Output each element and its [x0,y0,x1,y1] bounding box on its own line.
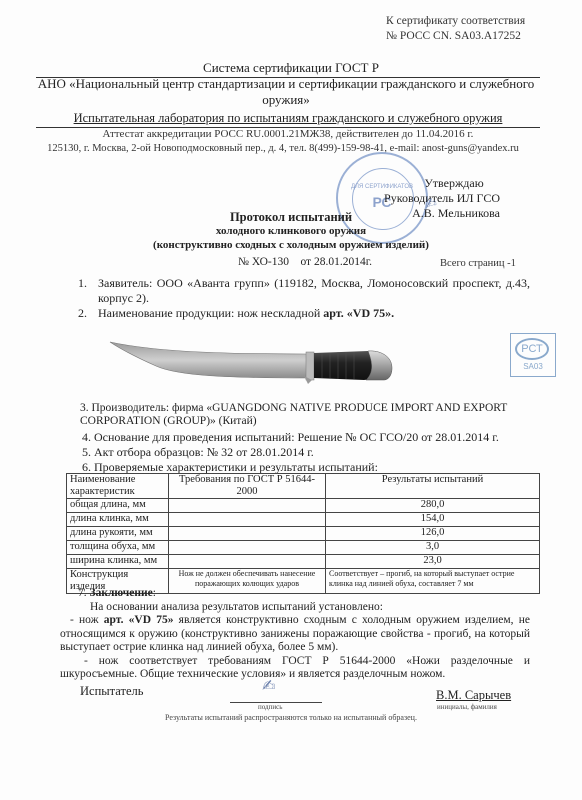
result-value: 126,0 [326,527,540,541]
certificate-reference-line1: К сертификату соответствия [386,14,525,29]
certificate-reference: К сертификату соответствия № РОСС CN. SA… [386,14,525,44]
protocol-subtitle-note: (конструктивно сходных с холодным оружие… [0,238,582,252]
result-value: 3,0 [326,541,540,555]
tester-name: В.М. Сарычев [436,688,511,703]
requirement-value [169,513,326,527]
conclusion-intro: На основании анализа результатов испытан… [60,601,530,615]
result-value: 23,0 [326,555,540,569]
requirement-value [169,527,326,541]
sampling-act: 5. Акт отбора образцов: № 32 от 28.01.20… [82,445,499,460]
characteristic-name: длина рукояти, мм [67,527,169,541]
applicant-text: Заявитель: ООО «Аванта групп» (119182, М… [92,276,530,306]
knife-photo [108,336,398,392]
item-applicant: 1. Заявитель: ООО «Аванта групп» (119182… [78,276,530,306]
characteristic-name: ширина клинка, мм [67,555,169,569]
accreditation-attestat: Аттестат аккредитации РОСС RU.0001.21МЖ3… [38,128,538,140]
table-row: ширина клинка, мм 23,0 [67,555,540,569]
conclusion-heading: 7. Заключение: [60,587,530,601]
conclusion-number: 7. [78,587,90,599]
rst-logo-icon: РСТ [515,338,549,360]
approver-position: Руководитель ИЛ ГСО [378,191,500,206]
table-header-row: Наименование характеристик Требования по… [67,474,540,499]
total-pages: Всего страниц -1 [440,258,516,269]
requirement-value [169,555,326,569]
conclusion-point-1: - нож арт. «VD 75» является конструктивн… [60,614,530,655]
tester-name-label: инициалы, фамилия [437,703,497,711]
product-name-label: Наименование продукции: нож нескладной [98,306,323,320]
tester-signature-icon: ✍ [262,676,275,695]
characteristic-name: длина клинка, мм [67,513,169,527]
laboratory-name: Испытательная лаборатория по испытаниям … [38,111,538,126]
item-number: 2. [78,306,92,321]
characteristic-name: толщина обуха, мм [67,541,169,555]
protocol-number: № ХО-130 от 28.01.2014г. [238,256,372,268]
table-row: длина клинка, мм 154,0 [67,513,540,527]
conclusion-title: Заключение [90,587,153,599]
certification-system-title: Система сертификации ГОСТ Р [0,60,582,76]
result-value: 280,0 [326,499,540,513]
conclusion-point-2: - нож соответствует требованиям ГОСТ Р 5… [60,655,530,682]
test-basis: 4. Основание для проведения испытаний: Р… [82,430,499,445]
manufacturer: 3. Производитель: фирма «GUANGDONG NATIV… [60,402,530,428]
protocol-subtitle: холодного клинкового оружия [0,224,582,238]
footer-note: Результаты испытаний распространяются то… [0,713,582,722]
product-article: арт. «VD 75» [104,614,174,626]
table-row: толщина обуха, мм 3,0 [67,541,540,555]
organization-name: АНО «Национальный центр стандартизации и… [36,76,536,108]
table-row: длина рукояти, мм 126,0 [67,527,540,541]
item-product-name: 2. Наименование продукции: нож нескладно… [78,306,530,321]
rst-certification-mark: РСТ SA03 [510,333,556,377]
protocol-title-block: Протокол испытаний холодного клинкового … [0,210,582,252]
table-row: общая длина, мм 280,0 [67,499,540,513]
rst-code: SA03 [511,362,555,371]
test-basis-block: 4. Основание для проведения испытаний: Р… [82,430,499,475]
conclusion-section: 7. Заключение: На основании анализа резу… [60,587,530,682]
characteristic-name: общая длина, мм [67,499,169,513]
certificate-reference-number: № РОСС CN. SA03.A17252 [386,29,525,44]
result-value: 154,0 [326,513,540,527]
manufacturer-text: 3. Производитель: фирма «GUANGDONG NATIV… [58,402,530,428]
header-result: Результаты испытаний [326,474,540,499]
header-requirement: Требования по ГОСТ Р 51644-2000 [169,474,326,499]
protocol-title: Протокол испытаний [0,210,582,224]
lab-address-contacts: 125130, г. Москва, 2-ой Новоподмосковный… [38,142,528,155]
requirement-value [169,499,326,513]
signature-label: подпись [258,703,282,711]
results-table: Наименование характеристик Требования по… [66,473,540,594]
header-characteristic: Наименование характеристик [67,474,169,499]
requirement-value [169,541,326,555]
tester-role: Испытатель [80,684,143,699]
item-number: 1. [78,276,92,306]
product-article: арт. «VD 75». [323,306,394,320]
approval-label: Утверждаю [408,176,500,191]
protocol-items: 1. Заявитель: ООО «Аванта групп» (119182… [78,276,530,321]
point-prefix: - нож [70,614,104,626]
